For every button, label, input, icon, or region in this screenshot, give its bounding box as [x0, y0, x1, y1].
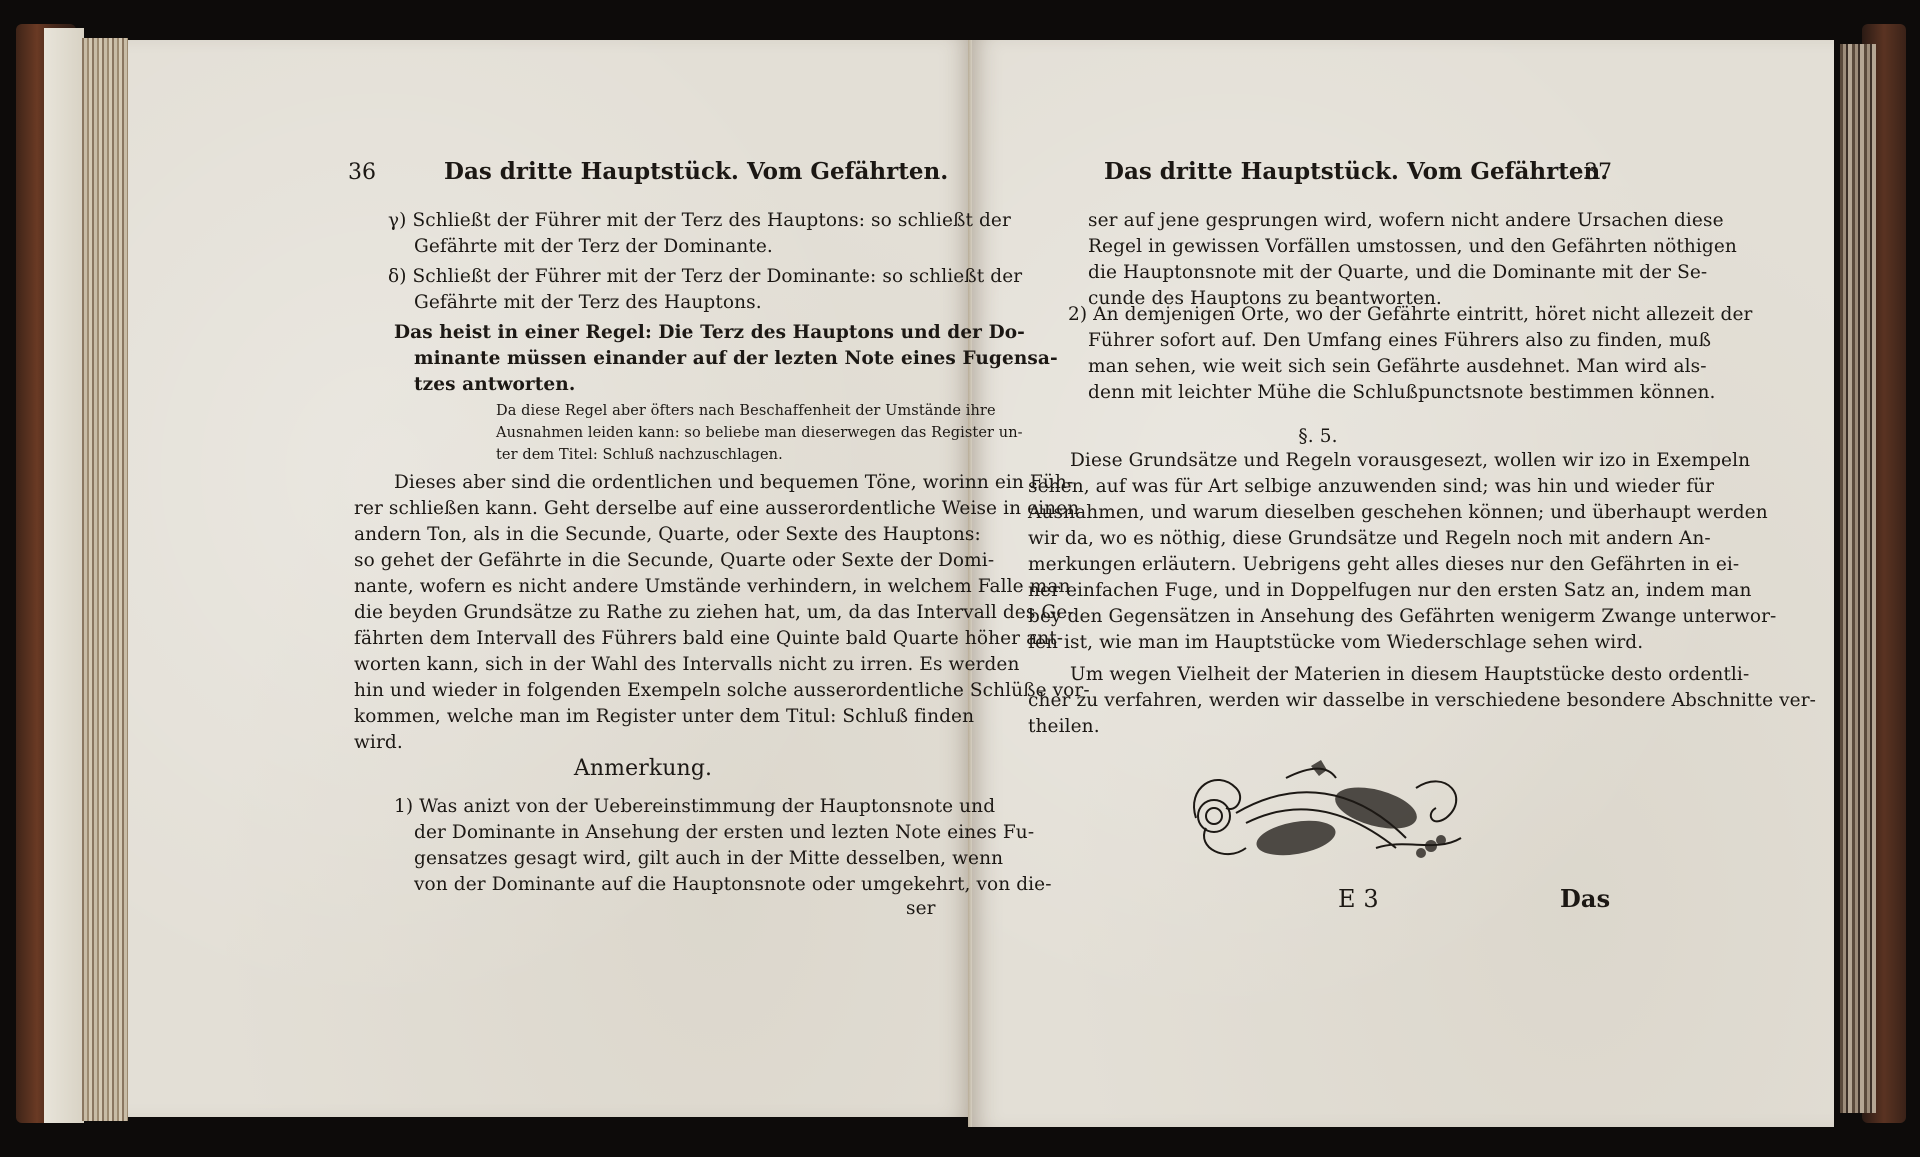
text-line: die Hauptonsnote mit der Quarte, und die…	[1088, 260, 1608, 286]
endpaper-left	[44, 28, 84, 1123]
text-line: von der Dominante auf die Hauptonsnote o…	[394, 872, 932, 898]
text-line: 1) Was anizt von der Uebereinstimmung de…	[394, 794, 932, 820]
text-line: Diese Grundsätze und Regeln vorausgesezt…	[1028, 448, 1608, 474]
paragraph-ordinary-tones: Dieses aber sind die ordentlichen und be…	[354, 470, 932, 756]
text-line: nante, wofern es nicht andere Umstände v…	[354, 574, 932, 600]
text-line: Ausnahmen, und warum dieselben geschehen…	[1028, 500, 1608, 526]
text-line: hin und wieder in folgenden Exempeln sol…	[354, 678, 932, 704]
floral-vignette-icon	[1176, 758, 1476, 870]
text-line: 2) An demjenigen Orte, wo der Gefährte e…	[1068, 302, 1608, 328]
section-heading: §. 5.	[1028, 424, 1608, 450]
text-line: Regel in gewissen Vorfällen umstossen, u…	[1088, 234, 1608, 260]
rule-statement: Das heist in einer Regel: Die Terz des H…	[394, 320, 932, 398]
paragraph-principles: Diese Grundsätze und Regeln vorausgesezt…	[1028, 448, 1608, 656]
text-line: Das heist in einer Regel: Die Terz des H…	[394, 320, 932, 346]
text-line: fen ist, wie man im Hauptstücke vom Wied…	[1028, 630, 1608, 656]
page-number-left: 36	[348, 160, 376, 185]
text-line: minante müssen einander auf der lezten N…	[394, 346, 932, 372]
text-line: ser auf jene gesprungen wird, wofern nic…	[1088, 208, 1608, 234]
text-line: wir da, wo es nöthig, diese Grundsätze u…	[1028, 526, 1608, 552]
running-head-left: Das dritte Hauptstück. Vom Gefährten.	[444, 158, 948, 185]
text-line: kommen, welche man im Register unter dem…	[354, 704, 932, 730]
text-line: Dieses aber sind die ordentlichen und be…	[354, 470, 932, 496]
page-number-right: 37	[1584, 160, 1612, 185]
text-line: so gehet der Gefährte in die Secunde, Qu…	[354, 548, 932, 574]
catchword-right: Das	[1560, 886, 1610, 912]
text-line: cher zu verfahren, werden wir dasselbe i…	[1028, 688, 1608, 714]
text-line: gensatzes gesagt wird, gilt auch in der …	[394, 846, 932, 872]
text-line: andern Ton, als in die Secunde, Quarte, …	[354, 522, 932, 548]
text-line: δ) Schließt der Führer mit der Terz der …	[388, 264, 932, 290]
item-2: 2) An demjenigen Orte, wo der Gefährte e…	[1068, 302, 1608, 406]
text-line: bey den Gegensätzen in Ansehung des Gefä…	[1028, 604, 1608, 630]
page-edges-left	[82, 38, 128, 1121]
text-line: worten kann, sich in der Wahl des Interv…	[354, 652, 932, 678]
text-line: ter dem Titel: Schluß nachzuschlagen.	[496, 444, 932, 466]
signature-mark: E 3	[1338, 886, 1379, 912]
text-line: man sehen, wie weit sich sein Gefährte a…	[1068, 354, 1608, 380]
text-line: wird.	[354, 730, 932, 756]
text-line: fährten dem Intervall des Führers bald e…	[354, 626, 932, 652]
text-line: ner einfachen Fuge, und in Doppelfugen n…	[1028, 578, 1608, 604]
text-line: die beyden Grundsätze zu Rathe zu ziehen…	[354, 600, 932, 626]
text-line: Um wegen Vielheit der Materien in diesem…	[1028, 662, 1608, 688]
text-line: Führer sofort auf. Den Umfang eines Führ…	[1068, 328, 1608, 354]
text-line: der Dominante in Ansehung der ersten und…	[394, 820, 932, 846]
catchword-left: ser	[906, 896, 936, 922]
text-line: rer schließen kann. Geht derselbe auf ei…	[354, 496, 932, 522]
paragraph-continuation: ser auf jene gesprungen wird, wofern nic…	[1088, 208, 1608, 312]
text-line: denn mit leichter Mühe die Schlußpunctsn…	[1068, 380, 1608, 406]
heading-anmerkung: Anmerkung.	[354, 756, 932, 782]
item-delta: δ) Schließt der Führer mit der Terz der …	[388, 264, 932, 316]
item-gamma: γ) Schließt der Führer mit der Terz des …	[388, 208, 932, 260]
paragraph-division: Um wegen Vielheit der Materien in diesem…	[1028, 662, 1608, 740]
text-line: Gefährte mit der Terz der Dominante.	[388, 234, 932, 260]
text-line: Ausnahmen leiden kann: so beliebe man di…	[496, 422, 932, 444]
page-edges-right	[1840, 44, 1876, 1113]
text-line: sehen, auf was für Art selbige anzuwende…	[1028, 474, 1608, 500]
item-remark-1: 1) Was anizt von der Uebereinstimmung de…	[394, 794, 932, 898]
text-line: γ) Schließt der Führer mit der Terz des …	[388, 208, 932, 234]
text-line: Da diese Regel aber öfters nach Beschaff…	[496, 400, 932, 422]
text-line: Gefährte mit der Terz des Hauptons.	[388, 290, 932, 316]
running-head-right: Das dritte Hauptstück. Vom Gefährten.	[1104, 158, 1608, 185]
text-line: theilen.	[1028, 714, 1608, 740]
text-line: merkungen erläutern. Uebrigens geht alle…	[1028, 552, 1608, 578]
text-line: tzes antworten.	[394, 372, 932, 398]
footnote-rule-exception: Da diese Regel aber öfters nach Beschaff…	[496, 400, 932, 466]
